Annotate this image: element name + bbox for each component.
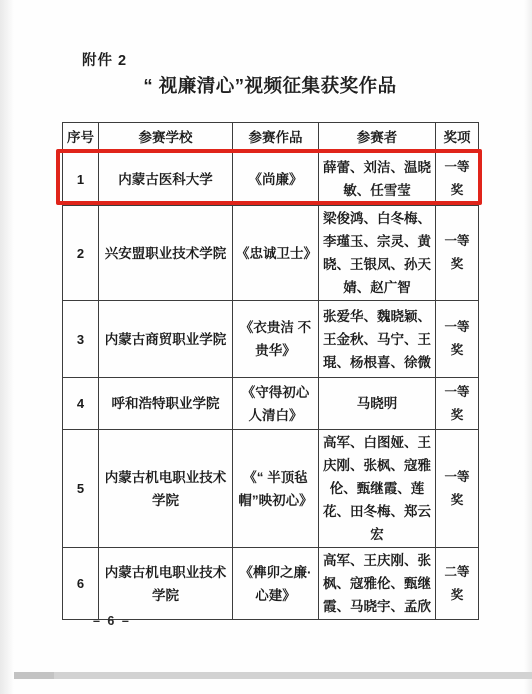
attachment-label: 附件 2 — [82, 49, 127, 70]
participants-cell: 高军、王庆刚、张枫、寇雅伦、甄继霞、马晓宇、孟欣 — [319, 548, 436, 620]
page-left-shadow — [0, 0, 14, 694]
table-row: 3 内蒙古商贸职业学院 《衣贵洁 不贵华》 张爱华、魏晓颖、王金秋、马宁、王琨、… — [63, 301, 479, 378]
award-cell: 一等奖 — [436, 301, 479, 378]
row-number: 6 — [63, 548, 99, 620]
header-school: 参赛学校 — [99, 123, 233, 153]
participants-cell: 梁俊鸿、白冬梅、李瑾玉、宗灵、黄晓、王银凤、孙天婧、赵广智 — [319, 206, 436, 301]
participants-cell: 张爱华、魏晓颖、王金秋、马宁、王琨、杨根喜、徐微 — [319, 301, 436, 378]
header-participants: 参赛者 — [319, 123, 436, 153]
award-cell: 一等奖 — [436, 430, 479, 548]
row-number: 3 — [63, 301, 99, 378]
row-number: 4 — [63, 378, 99, 430]
table-header-row: 序号 参赛学校 参赛作品 参赛者 奖项 — [63, 123, 479, 153]
document-page: 附件 2 “ 视廉清心”视频征集获奖作品 序号 参赛学校 参赛作品 参赛者 奖项… — [0, 0, 532, 694]
header-index: 序号 — [63, 123, 99, 153]
awards-table: 序号 参赛学校 参赛作品 参赛者 奖项 1 内蒙古医科大学 《尚廉》 薛蕾、刘洁… — [62, 122, 479, 620]
work-cell: 《守得初心 人清白》 — [233, 378, 319, 430]
row-number: 5 — [63, 430, 99, 548]
participants-cell: 马晓明 — [319, 378, 436, 430]
header-work: 参赛作品 — [233, 123, 319, 153]
table-row: 4 呼和浩特职业学院 《守得初心 人清白》 马晓明 一等奖 — [63, 378, 479, 430]
row-number: 2 — [63, 206, 99, 301]
school-cell: 内蒙古机电职业技术学院 — [99, 548, 233, 620]
page-number: – 6 – — [93, 614, 131, 628]
work-cell: 《衣贵洁 不贵华》 — [233, 301, 319, 378]
school-cell: 兴安盟职业技术学院 — [99, 206, 233, 301]
page-right-shadow — [524, 0, 532, 694]
school-cell: 内蒙古医科大学 — [99, 153, 233, 206]
award-cell: 二等奖 — [436, 548, 479, 620]
table-row: 5 内蒙古机电职业技术学院 《“ 半顶毡帽”映初心》 高军、白图娅、王庆刚、张枫… — [63, 430, 479, 548]
work-cell: 《尚廉》 — [233, 153, 319, 206]
participants-cell: 高军、白图娅、王庆刚、张枫、寇雅伦、甄继霞、莲花、田冬梅、郑云宏 — [319, 430, 436, 548]
work-cell: 《忠诚卫士》 — [233, 206, 319, 301]
table-row: 1 内蒙古医科大学 《尚廉》 薛蕾、刘洁、温晓敏、任雪莹 一等奖 — [63, 153, 479, 206]
school-cell: 呼和浩特职业学院 — [99, 378, 233, 430]
document-title: “ 视廉清心”视频征集获奖作品 — [40, 72, 500, 98]
award-cell: 一等奖 — [436, 378, 479, 430]
table-row: 6 内蒙古机电职业技术学院 《榫卯之廉· 心建》 高军、王庆刚、张枫、寇雅伦、甄… — [63, 548, 479, 620]
work-cell: 《“ 半顶毡帽”映初心》 — [233, 430, 319, 548]
award-cell: 一等奖 — [436, 206, 479, 301]
award-cell: 一等奖 — [436, 153, 479, 206]
table-row: 2 兴安盟职业技术学院 《忠诚卫士》 梁俊鸿、白冬梅、李瑾玉、宗灵、黄晓、王银凤… — [63, 206, 479, 301]
bottom-gray-bar — [14, 672, 532, 679]
header-award: 奖项 — [436, 123, 479, 153]
work-cell: 《榫卯之廉· 心建》 — [233, 548, 319, 620]
school-cell: 内蒙古商贸职业学院 — [99, 301, 233, 378]
school-cell: 内蒙古机电职业技术学院 — [99, 430, 233, 548]
row-number: 1 — [63, 153, 99, 206]
participants-cell: 薛蕾、刘洁、温晓敏、任雪莹 — [319, 153, 436, 206]
